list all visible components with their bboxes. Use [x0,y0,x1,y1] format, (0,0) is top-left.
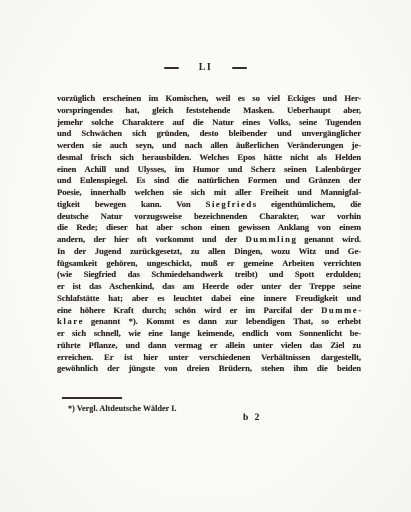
text-line: er sich schnell, wie eine lange keimende… [57,328,361,340]
text-line: er ist das Aschenkind, das am Heerde ode… [57,281,361,293]
text-line: desmal frisch sich herausbilden. Welches… [57,152,361,164]
text-line: tigkeit bewegen kann. Von S i e g f r i … [57,199,361,211]
text-line: rührte Pflanze, und dann vermag er allei… [57,340,361,352]
right-dash [232,67,247,69]
body-text: vorzüglich erscheinen im Komischen, weil… [57,93,361,375]
text-line: und Eulenspiegel. Es sind die natürliche… [57,175,361,187]
text-line: deutsche Natur vorzugsweise bezeichnende… [57,211,361,223]
book-page: LI vorzüglich erscheinen im Komischen, w… [0,0,411,512]
text-line: vorzüglich erscheinen im Komischen, weil… [57,93,361,105]
text-line: In der Jugend zurückgesetzt, zu allen Di… [57,246,361,258]
text-line: und Schwächen sich gründen, desto bleibe… [57,128,361,140]
text-line: einen Achill und Ulysses, im Humor und S… [57,164,361,176]
text-line: k l a r e genannt *). Kommt es dann zur … [57,316,361,328]
text-line: andern, der hier oft vorkommt und der D … [57,234,361,246]
text-line: die Rede; dieser hat aber schon einen ge… [57,222,361,234]
page-number: LI [199,62,213,73]
footnote-text: *) Vergl. Altdeutsche Wälder I. [68,404,177,413]
signature-mark: b 2 [243,413,261,423]
text-line: erreichen. Er ist hier unter verschieden… [57,352,361,364]
footnote-divider [62,397,122,399]
text-line: vorspringendes hat, gleich feststehende … [57,105,361,117]
text-line: werden sie auch seyn, und nach allen äuß… [57,140,361,152]
text-line: eine höhere Kraft durch; schön wird er i… [57,305,361,317]
left-dash [164,67,179,69]
text-line: fügsamkeit gehören, ungeschickt, muß er … [57,258,361,270]
text-line: Poesie, innerhalb welchen sie sich mit a… [57,187,361,199]
text-line: Schlafstätte hat; aber es leuchtet dabei… [57,293,361,305]
text-line: (wie Siegfried das Schmiedehandwerk trei… [57,269,361,281]
text-line: jemehr solche Charaktere auf die Natur e… [57,117,361,129]
running-head: LI [0,62,411,73]
text-line: gewöhnlich der jüngste von dreien Brüder… [57,363,361,375]
